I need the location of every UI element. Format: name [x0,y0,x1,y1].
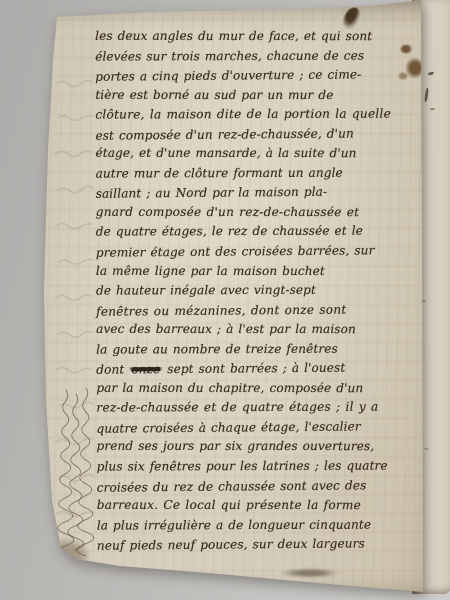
line-text-after: sept sont barrées ; à l'ouest [162,361,345,377]
manuscript-line: croisées du rez de chaussée sont avec de… [97,475,423,497]
photo-of-manuscript: les deux angles du mur de face, et qui s… [0,0,450,600]
manuscript-line: tière est borné au sud par un mur de [95,85,421,105]
manuscript-line: saillant ; au Nord par la maison pla- [96,182,422,204]
manuscript-line: les deux angles du mur de face, et qui s… [95,27,421,47]
manuscript-line: portes a cinq pieds d'ouverture ; ce cim… [95,65,421,87]
manuscript-leaf: les deux angles du mur de face, et qui s… [0,0,450,600]
manuscript-line: fenêtres ou mézanines, dont onze sont [96,300,422,322]
manuscript-line: gnard composée d'un rez-de-chaussée et [96,203,422,223]
manuscript-line: de hauteur inégale avec vingt-sept [96,281,422,302]
ghost-bleed-through-script [52,66,98,536]
paper-crease [280,568,340,578]
manuscript-line: la goute au nombre de treize fenêtres [96,339,422,360]
manuscript-line: élevées sur trois marches, chacune de ce… [95,46,421,67]
manuscript-line: par la maison du chapitre, composée d'un [96,379,422,399]
manuscript-line: neuf pieds neuf pouces, sur deux largeur… [97,534,423,556]
manuscript-line: la plus irrégulière a de longueur cinqua… [97,515,423,536]
struck-out-word: onze [129,362,162,376]
worn-corner [56,538,90,564]
manuscript-line: premier étage ont des croisées barrées, … [96,241,422,263]
paper-sheet: les deux angles du mur de face, et qui s… [0,0,450,600]
manuscript-line: rez-de-chaussée et de quatre étages ; il… [96,398,422,419]
manuscript-line: plus six fenêtres pour les latrines ; le… [97,456,423,477]
line-text-before: dont [96,363,129,377]
manuscript-line: est composée d'un rez-de-chaussée, d'un [95,124,421,146]
manuscript-text-block: les deux angles du mur de face, et qui s… [95,26,423,555]
manuscript-line: clôture, la maison dite de la portion la… [95,105,421,126]
manuscript-line: étage, et d'une mansarde, à la suite d'u… [96,144,422,164]
manuscript-line: de quatre étages, le rez de chaussée et … [96,222,422,243]
manuscript-line-with-correction: dont onze sept sont barrées ; à l'ouest [96,358,422,380]
manuscript-line: avec des barreaux ; à l'est par la maiso… [96,320,422,340]
manuscript-line: barreaux. Ce local qui présente la forme [97,496,423,516]
manuscript-line: la même ligne par la maison buchet [96,261,422,281]
manuscript-line: autre mur de clôture formant un angle [96,163,422,184]
manuscript-line: prend ses jours par six grandes ouvertur… [97,437,423,457]
manuscript-line: quatre croisées à chaque étage, l'escali… [96,417,422,439]
ink-stain [398,42,428,90]
